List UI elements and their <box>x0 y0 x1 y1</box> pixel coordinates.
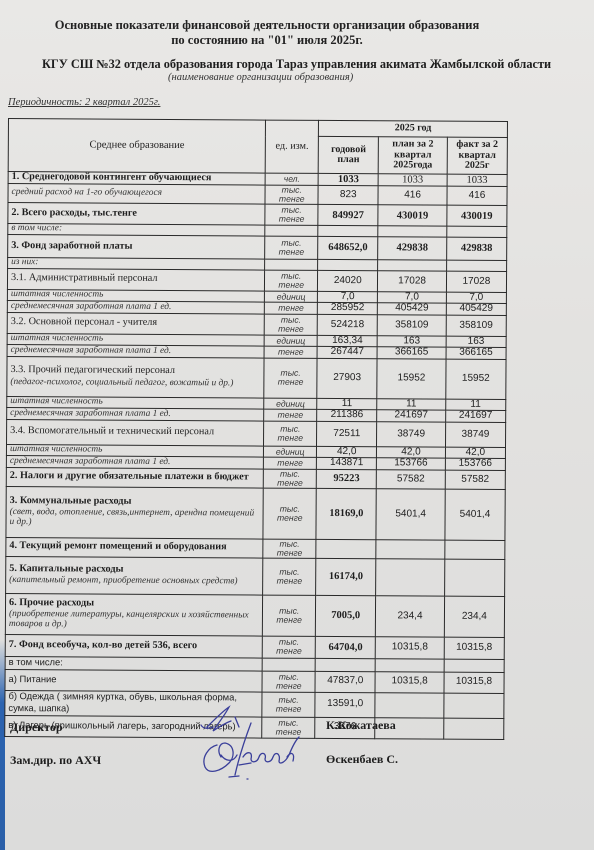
row-value-fact: 5401,4 <box>445 489 506 540</box>
row-value-annual: 648652,0 <box>318 236 378 259</box>
row-label: 3.1. Административный персонал <box>7 268 264 291</box>
row-value-fact: 42,0 <box>445 447 505 459</box>
handwritten-signature-icon <box>195 705 325 785</box>
row-label-text: средний расход на 1-го обучающегося <box>12 187 163 198</box>
row-value-plan: 57582 <box>377 470 446 489</box>
organization-caption: (наименование организации образования) <box>168 72 353 83</box>
document-date: по состоянию на "01" июля 2025г. <box>0 33 564 48</box>
row-unit: тыс. тенге <box>264 314 317 335</box>
row-unit: тыс. тенге <box>264 421 317 446</box>
row-unit: тыс. тенге <box>263 595 316 636</box>
row-unit: тыс. тенге <box>263 539 316 558</box>
director-name: К.Кожатаева <box>326 718 396 733</box>
row-value-fact: 57582 <box>445 470 505 489</box>
row-value-fact: 241697 <box>445 410 505 422</box>
row-value-plan: 7,0 <box>378 292 447 304</box>
row-value-annual: 7005,0 <box>316 595 376 636</box>
row-value-plan: 1033 <box>378 174 447 186</box>
row-label-text: 2. Налоги и другие обязательные платежи … <box>10 470 249 482</box>
row-value-annual: 18169,0 <box>316 488 376 539</box>
row-label: 6. Прочие расходы(приобретение литератур… <box>5 593 263 636</box>
deputy-label: Зам.дир. по АХЧ <box>10 753 101 768</box>
row-label-text: 2. Всего расходы, тыс.тенге <box>11 207 137 219</box>
row-label: 3.4. Вспомогательный и технический персо… <box>7 419 264 446</box>
row-label: 2. Всего расходы, тыс.тенге <box>8 203 265 226</box>
row-value-annual: 95223 <box>316 469 376 488</box>
row-label: 3.3. Прочий педагогический персонал(педа… <box>7 356 265 398</box>
row-label: 1. Среднегодовой контингент обучающиеся <box>8 172 265 186</box>
row-value-annual: 211386 <box>317 410 377 422</box>
row-label-text: 4. Текущий ремонт помещений и оборудован… <box>9 541 226 553</box>
row-value-fact: 153766 <box>445 458 505 470</box>
row-value-annual: 849927 <box>318 204 378 225</box>
row-value-fact: 366165 <box>446 347 506 359</box>
row-value-plan <box>375 692 444 717</box>
row-value-plan: 405429 <box>378 303 447 315</box>
row-value-fact: 10315,8 <box>444 672 504 693</box>
table-row: 2. Всего расходы, тыс.тенгетыс. тенге849… <box>8 203 507 227</box>
table-row: 3. Фонд заработной платытыс. тенге648652… <box>8 234 507 260</box>
row-label-text: штатная численность <box>11 289 104 300</box>
row-value-annual: 1033 <box>318 173 378 185</box>
row-value-fact <box>443 718 503 739</box>
row-value-annual <box>315 658 375 671</box>
row-label: 4. Текущий ремонт помещений и оборудован… <box>6 537 263 558</box>
row-value-annual: 823 <box>318 185 378 204</box>
row-label: 3. Фонд заработной платы <box>8 234 265 259</box>
row-label-text: 5. Капитальные расходы <box>9 563 123 575</box>
row-value-fact: 358109 <box>446 315 506 336</box>
row-value-annual: 285952 <box>317 303 377 315</box>
director-label: Директор <box>10 720 63 735</box>
row-value-fact <box>446 260 506 271</box>
row-unit: тыс. тенге <box>265 185 318 204</box>
row-value-fact: 1033 <box>447 174 507 186</box>
row-label: 2. Налоги и другие обязательные платежи … <box>6 467 263 488</box>
organization-name: КГУ СШ №32 отдела образования города Тар… <box>42 57 551 72</box>
row-value-annual: 524218 <box>317 314 377 335</box>
row-unit: тыс. тенге <box>264 469 317 488</box>
row-label-text: среднемесячная заработная плата 1 ед. <box>10 408 171 419</box>
row-label-text: штатная численность <box>11 333 104 344</box>
row-value-annual <box>318 259 378 270</box>
deputy-name: Өскенбаев С. <box>326 752 398 767</box>
row-value-plan <box>378 226 447 237</box>
row-value-fact <box>444 559 504 596</box>
row-value-plan <box>376 559 445 596</box>
row-value-fact: 15952 <box>446 359 506 399</box>
row-unit: единиц <box>264 398 317 410</box>
row-value-plan: 10315,8 <box>376 637 445 659</box>
row-label-text: 3.1. Административный персонал <box>11 272 158 284</box>
row-label: в том числе: <box>5 656 262 670</box>
row-value-annual: 42,0 <box>317 446 377 458</box>
row-value-annual: 7,0 <box>318 291 378 303</box>
row-label-text: 3. Коммунальные расходы <box>10 495 132 507</box>
row-value-plan: 153766 <box>377 458 446 470</box>
row-label-text: в том числе: <box>9 656 63 667</box>
table-row: 6. Прочие расходы(приобретение литератур… <box>5 593 504 637</box>
row-value-plan: 430019 <box>378 205 447 226</box>
row-value-fact <box>444 693 504 718</box>
row-value-annual: 72511 <box>317 421 377 446</box>
row-value-plan: 5401,4 <box>376 489 445 540</box>
row-unit: тыс. тенге <box>262 671 315 692</box>
row-unit: тыс. тенге <box>262 636 315 658</box>
row-label-text: в том числе: <box>11 223 62 233</box>
row-label-text: 3.3. Прочий педагогический персонал <box>10 364 175 376</box>
row-label: 7. Фонд всеобуча, кол-во детей 536, всег… <box>5 634 262 658</box>
table-row: 3.4. Вспомогательный и технический персо… <box>7 419 506 447</box>
row-label: средний расход на 1-го обучающегося <box>8 184 265 205</box>
row-unit <box>265 225 318 236</box>
row-value-fact <box>445 540 505 559</box>
row-unit: тенге <box>264 346 317 358</box>
row-value-fact: 429838 <box>446 237 506 260</box>
row-unit: единиц <box>265 291 318 303</box>
row-value-plan: 15952 <box>377 359 446 399</box>
row-label-text: 1. Среднегодовой контингент обучающиеся <box>12 171 212 183</box>
row-value-plan <box>378 260 447 271</box>
row-unit: единиц <box>264 446 317 458</box>
row-label-text: среднемесячная заработная плата 1 ед. <box>11 345 172 356</box>
row-unit: тыс. тенге <box>263 558 316 595</box>
row-value-plan: 38749 <box>377 422 446 447</box>
table-row: 7. Фонд всеобуча, кол-во детей 536, всег… <box>5 634 504 659</box>
row-value-fact: 11 <box>446 399 506 411</box>
row-value-plan: 42,0 <box>377 447 446 459</box>
header-fact-q2: факт за 2 квартал 2025г <box>447 137 507 174</box>
row-value-annual: 64704,0 <box>315 636 375 658</box>
row-unit: тыс. тенге <box>265 236 318 259</box>
header-annual-plan: годовой план <box>318 136 378 173</box>
row-value-plan: 429838 <box>378 237 447 260</box>
row-value-annual: 47837,0 <box>315 671 375 692</box>
row-value-annual <box>318 225 378 236</box>
row-value-annual: 143871 <box>317 458 377 470</box>
row-value-annual: 24020 <box>318 270 378 291</box>
row-value-annual <box>316 539 376 558</box>
row-value-fact: 17028 <box>446 271 506 292</box>
row-value-plan: 241697 <box>377 410 446 422</box>
row-value-plan: 358109 <box>378 315 447 336</box>
row-value-plan: 163 <box>377 336 446 348</box>
row-value-annual: 267447 <box>317 347 377 359</box>
header-year-group: 2025 год <box>319 120 508 137</box>
row-label-text: 3.4. Вспомогательный и технический персо… <box>10 425 214 437</box>
row-label: 3.2. Основной персонал - учителя <box>7 312 264 335</box>
row-label: в том числе: <box>8 224 265 236</box>
row-unit: тыс. тенге <box>265 270 318 291</box>
row-value-fact: 38749 <box>445 422 505 447</box>
row-value-plan: 416 <box>378 186 447 205</box>
row-value-fact <box>444 659 504 672</box>
document-title: Основные показатели финансовой деятельно… <box>0 18 564 33</box>
row-value-fact: 416 <box>447 186 507 205</box>
row-label-text: 3.2. Основной персонал - учителя <box>11 316 157 328</box>
row-label-text: 7. Фонд всеобуча, кол-во детей 536, всег… <box>9 639 197 651</box>
row-value-annual: 163,34 <box>317 335 377 347</box>
row-value-fact: 7,0 <box>446 292 506 304</box>
header-plan-q2: план за 2 квартал 2025года <box>378 137 447 174</box>
row-unit: тенге <box>265 302 318 314</box>
row-label-text: из них: <box>11 257 38 267</box>
row-value-plan: 234,4 <box>376 596 445 637</box>
row-value-fact <box>447 226 507 237</box>
row-value-fact: 405429 <box>446 303 506 315</box>
row-label: 3. Коммунальные расходы(свет, вода, отоп… <box>6 486 264 539</box>
table-row: 3.3. Прочий педагогический персонал(педа… <box>7 356 506 399</box>
row-label: 5. Капитальные расходы(капительный ремон… <box>6 556 263 595</box>
row-unit <box>265 259 318 270</box>
row-label-note: (капительный ремонт, приобретение основн… <box>9 576 259 587</box>
row-value-fact: 10315,8 <box>444 637 504 659</box>
row-unit: тенге <box>264 409 317 421</box>
financial-indicators-table: Среднее образование ед. изм. 2025 год го… <box>4 118 508 740</box>
row-value-plan: 366165 <box>377 347 446 359</box>
row-value-plan: 11 <box>377 399 446 411</box>
row-value-fact: 163 <box>446 336 506 348</box>
header-unit: ед. изм. <box>265 120 318 173</box>
row-value-annual: 16174,0 <box>316 558 376 595</box>
row-label-text: среднемесячная заработная плата 1 ед. <box>10 456 171 467</box>
row-label-note: (свет, вода, отопление, связь,интернет, … <box>9 508 259 529</box>
row-unit: тенге <box>264 457 317 469</box>
row-label-text: 3. Фонд заработной платы <box>11 240 132 252</box>
row-value-fact: 430019 <box>447 205 507 226</box>
row-unit: единиц <box>264 335 317 347</box>
row-label-note: (педагог-психолог, социальный педагог, в… <box>10 378 260 389</box>
row-label-text: а) Питание <box>9 673 57 684</box>
header-name: Среднее образование <box>8 119 266 174</box>
periodicity: Периодичность: 2 квартал 2025г. <box>8 97 160 108</box>
row-value-plan: 10315,8 <box>375 671 444 692</box>
row-label-text: штатная численность <box>10 444 103 455</box>
row-value-plan <box>375 659 444 672</box>
row-unit <box>262 658 315 671</box>
row-value-annual: 27903 <box>317 358 377 398</box>
row-label-note: (приобретение литературы, канцелярских и… <box>9 610 259 631</box>
row-unit: чел. <box>265 173 318 185</box>
row-unit: тыс. тенге <box>264 358 317 398</box>
row-label-text: среднемесячная заработная плата 1 ед. <box>11 301 172 312</box>
row-value-fact: 234,4 <box>444 596 504 637</box>
table-row: 3. Коммунальные расходы(свет, вода, отоп… <box>6 486 505 540</box>
row-unit: тыс. тенге <box>263 488 316 539</box>
row-label: а) Питание <box>5 669 262 692</box>
row-label-text: 6. Прочие расходы <box>9 597 94 609</box>
table-row: 5. Капитальные расходы(капительный ремон… <box>6 556 505 596</box>
row-label-text: штатная численность <box>10 396 103 407</box>
row-value-annual: 11 <box>317 398 377 410</box>
row-value-plan: 17028 <box>378 271 447 292</box>
row-unit: тыс. тенге <box>265 204 318 225</box>
row-value-plan <box>376 540 445 559</box>
